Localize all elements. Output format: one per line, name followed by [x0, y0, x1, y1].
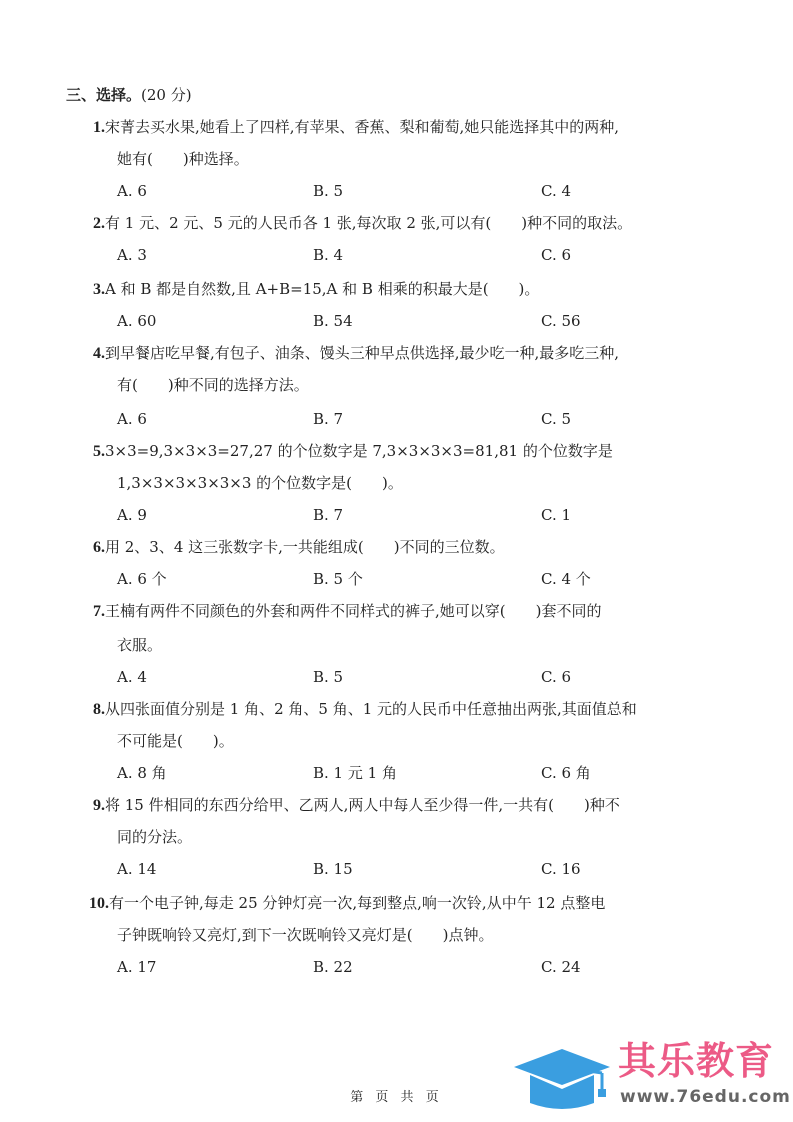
question-number: 2. [93, 215, 105, 232]
option-b[interactable]: B. 5 个 [313, 569, 363, 589]
question-9: 9.将 15 件相同的东西分给甲、乙两人,两人中每人至少得一件,一共有( )种不 [93, 795, 620, 816]
question-number: 10. [89, 895, 109, 912]
section-score: (20 分) [141, 86, 192, 104]
question-2: 2.有 1 元、2 元、5 元的人民币各 1 张,每次取 2 张,可以有( )种… [93, 213, 632, 234]
question-10: 10.有一个电子钟,每走 25 分钟灯亮一次,每到整点,响一次铃,从中午 12 … [89, 893, 605, 914]
option-a[interactable]: A. 8 角 [117, 763, 167, 783]
question-text: 从四张面值分别是 1 角、2 角、5 角、1 元的人民币中任意抽出两张,其面值总… [105, 700, 637, 718]
option-a[interactable]: A. 6 [117, 181, 147, 201]
option-a[interactable]: A. 17 [117, 957, 156, 977]
question-number: 5. [93, 443, 105, 460]
question-text: 到早餐店吃早餐,有包子、油条、馒头三种早点供选择,最少吃一种,最多吃三种, [105, 344, 619, 362]
question-text: 宋菁去买水果,她看上了四样,有苹果、香蕉、梨和葡萄,她只能选择其中的两种, [105, 118, 619, 136]
option-a[interactable]: A. 14 [117, 859, 156, 879]
option-a[interactable]: A. 6 [117, 409, 147, 429]
option-c[interactable]: C. 5 [541, 409, 571, 429]
option-a[interactable]: A. 4 [117, 667, 147, 687]
question-text: 有一个电子钟,每走 25 分钟灯亮一次,每到整点,响一次铃,从中午 12 点整电 [109, 894, 605, 912]
option-b[interactable]: B. 7 [313, 505, 343, 525]
option-b[interactable]: B. 5 [313, 667, 343, 687]
option-b[interactable]: B. 22 [313, 957, 353, 977]
section-heading: 三、选择。(20 分) [66, 85, 192, 105]
question-8: 8.从四张面值分别是 1 角、2 角、5 角、1 元的人民币中任意抽出两张,其面… [93, 699, 637, 720]
option-c[interactable]: C. 56 [541, 311, 581, 331]
question-text: 有 1 元、2 元、5 元的人民币各 1 张,每次取 2 张,可以有( )种不同… [105, 214, 632, 232]
option-a[interactable]: A. 60 [117, 311, 156, 331]
question-5: 5.3×3=9,3×3×3=27,27 的个位数字是 7,3×3×3×3=81,… [93, 441, 613, 462]
option-c[interactable]: C. 16 [541, 859, 581, 879]
option-a[interactable]: A. 9 [117, 505, 147, 525]
option-b[interactable]: B. 15 [313, 859, 353, 879]
question-6: 6.用 2、3、4 这三张数字卡,一共能组成( )不同的三位数。 [93, 537, 505, 558]
question-number: 1. [93, 119, 105, 136]
question-7: 7.王楠有两件不同颜色的外套和两件不同样式的裤子,她可以穿( )套不同的 [93, 601, 601, 622]
question-text-continued: 有( )种不同的选择方法。 [117, 375, 309, 395]
question-number: 3. [93, 281, 105, 298]
option-a[interactable]: A. 6 个 [117, 569, 167, 589]
question-number: 7. [93, 603, 105, 620]
option-b[interactable]: B. 4 [313, 245, 343, 265]
question-number: 8. [93, 701, 105, 718]
brand-url: www.76edu.com [620, 1087, 791, 1107]
option-b[interactable]: B. 5 [313, 181, 343, 201]
question-text-continued: 不可能是( )。 [117, 731, 234, 751]
option-b[interactable]: B. 54 [313, 311, 353, 331]
question-number: 6. [93, 539, 105, 556]
option-c[interactable]: C. 4 [541, 181, 571, 201]
question-3: 3.A 和 B 都是自然数,且 A+B=15,A 和 B 相乘的积最大是( )。 [93, 279, 539, 300]
option-c[interactable]: C. 6 [541, 245, 571, 265]
brand-name: 其乐教育 [618, 1039, 774, 1083]
question-text-continued: 1,3×3×3×3×3×3 的个位数字是( )。 [117, 473, 403, 493]
watermark-logo: 其乐教育 www.76edu.com [510, 1035, 790, 1115]
question-text: 3×3=9,3×3×3=27,27 的个位数字是 7,3×3×3×3=81,81… [105, 442, 613, 460]
option-c[interactable]: C. 1 [541, 505, 571, 525]
question-1: 1.宋菁去买水果,她看上了四样,有苹果、香蕉、梨和葡萄,她只能选择其中的两种, [93, 117, 619, 138]
question-number: 9. [93, 797, 105, 814]
question-number: 4. [93, 345, 105, 362]
question-text: 王楠有两件不同颜色的外套和两件不同样式的裤子,她可以穿( )套不同的 [105, 602, 601, 620]
question-4: 4.到早餐店吃早餐,有包子、油条、馒头三种早点供选择,最少吃一种,最多吃三种, [93, 343, 619, 364]
option-c[interactable]: C. 4 个 [541, 569, 591, 589]
option-b[interactable]: B. 1 元 1 角 [313, 763, 397, 783]
option-c[interactable]: C. 6 [541, 667, 571, 687]
option-a[interactable]: A. 3 [117, 245, 147, 265]
question-text: 将 15 件相同的东西分给甲、乙两人,两人中每人至少得一件,一共有( )种不 [105, 796, 620, 814]
question-text: 用 2、3、4 这三张数字卡,一共能组成( )不同的三位数。 [105, 538, 505, 556]
question-text-continued: 同的分法。 [117, 827, 192, 847]
graduation-cap-icon [510, 1043, 618, 1115]
question-text-continued: 她有( )种选择。 [117, 149, 249, 169]
question-text-continued: 子钟既响铃又亮灯,到下一次既响铃又亮灯是( )点钟。 [117, 925, 493, 945]
option-c[interactable]: C. 24 [541, 957, 581, 977]
section-title: 三、选择。 [66, 86, 141, 104]
question-text-continued: 衣服。 [117, 635, 162, 655]
question-text: A 和 B 都是自然数,且 A+B=15,A 和 B 相乘的积最大是( )。 [105, 280, 539, 298]
option-c[interactable]: C. 6 角 [541, 763, 591, 783]
option-b[interactable]: B. 7 [313, 409, 343, 429]
